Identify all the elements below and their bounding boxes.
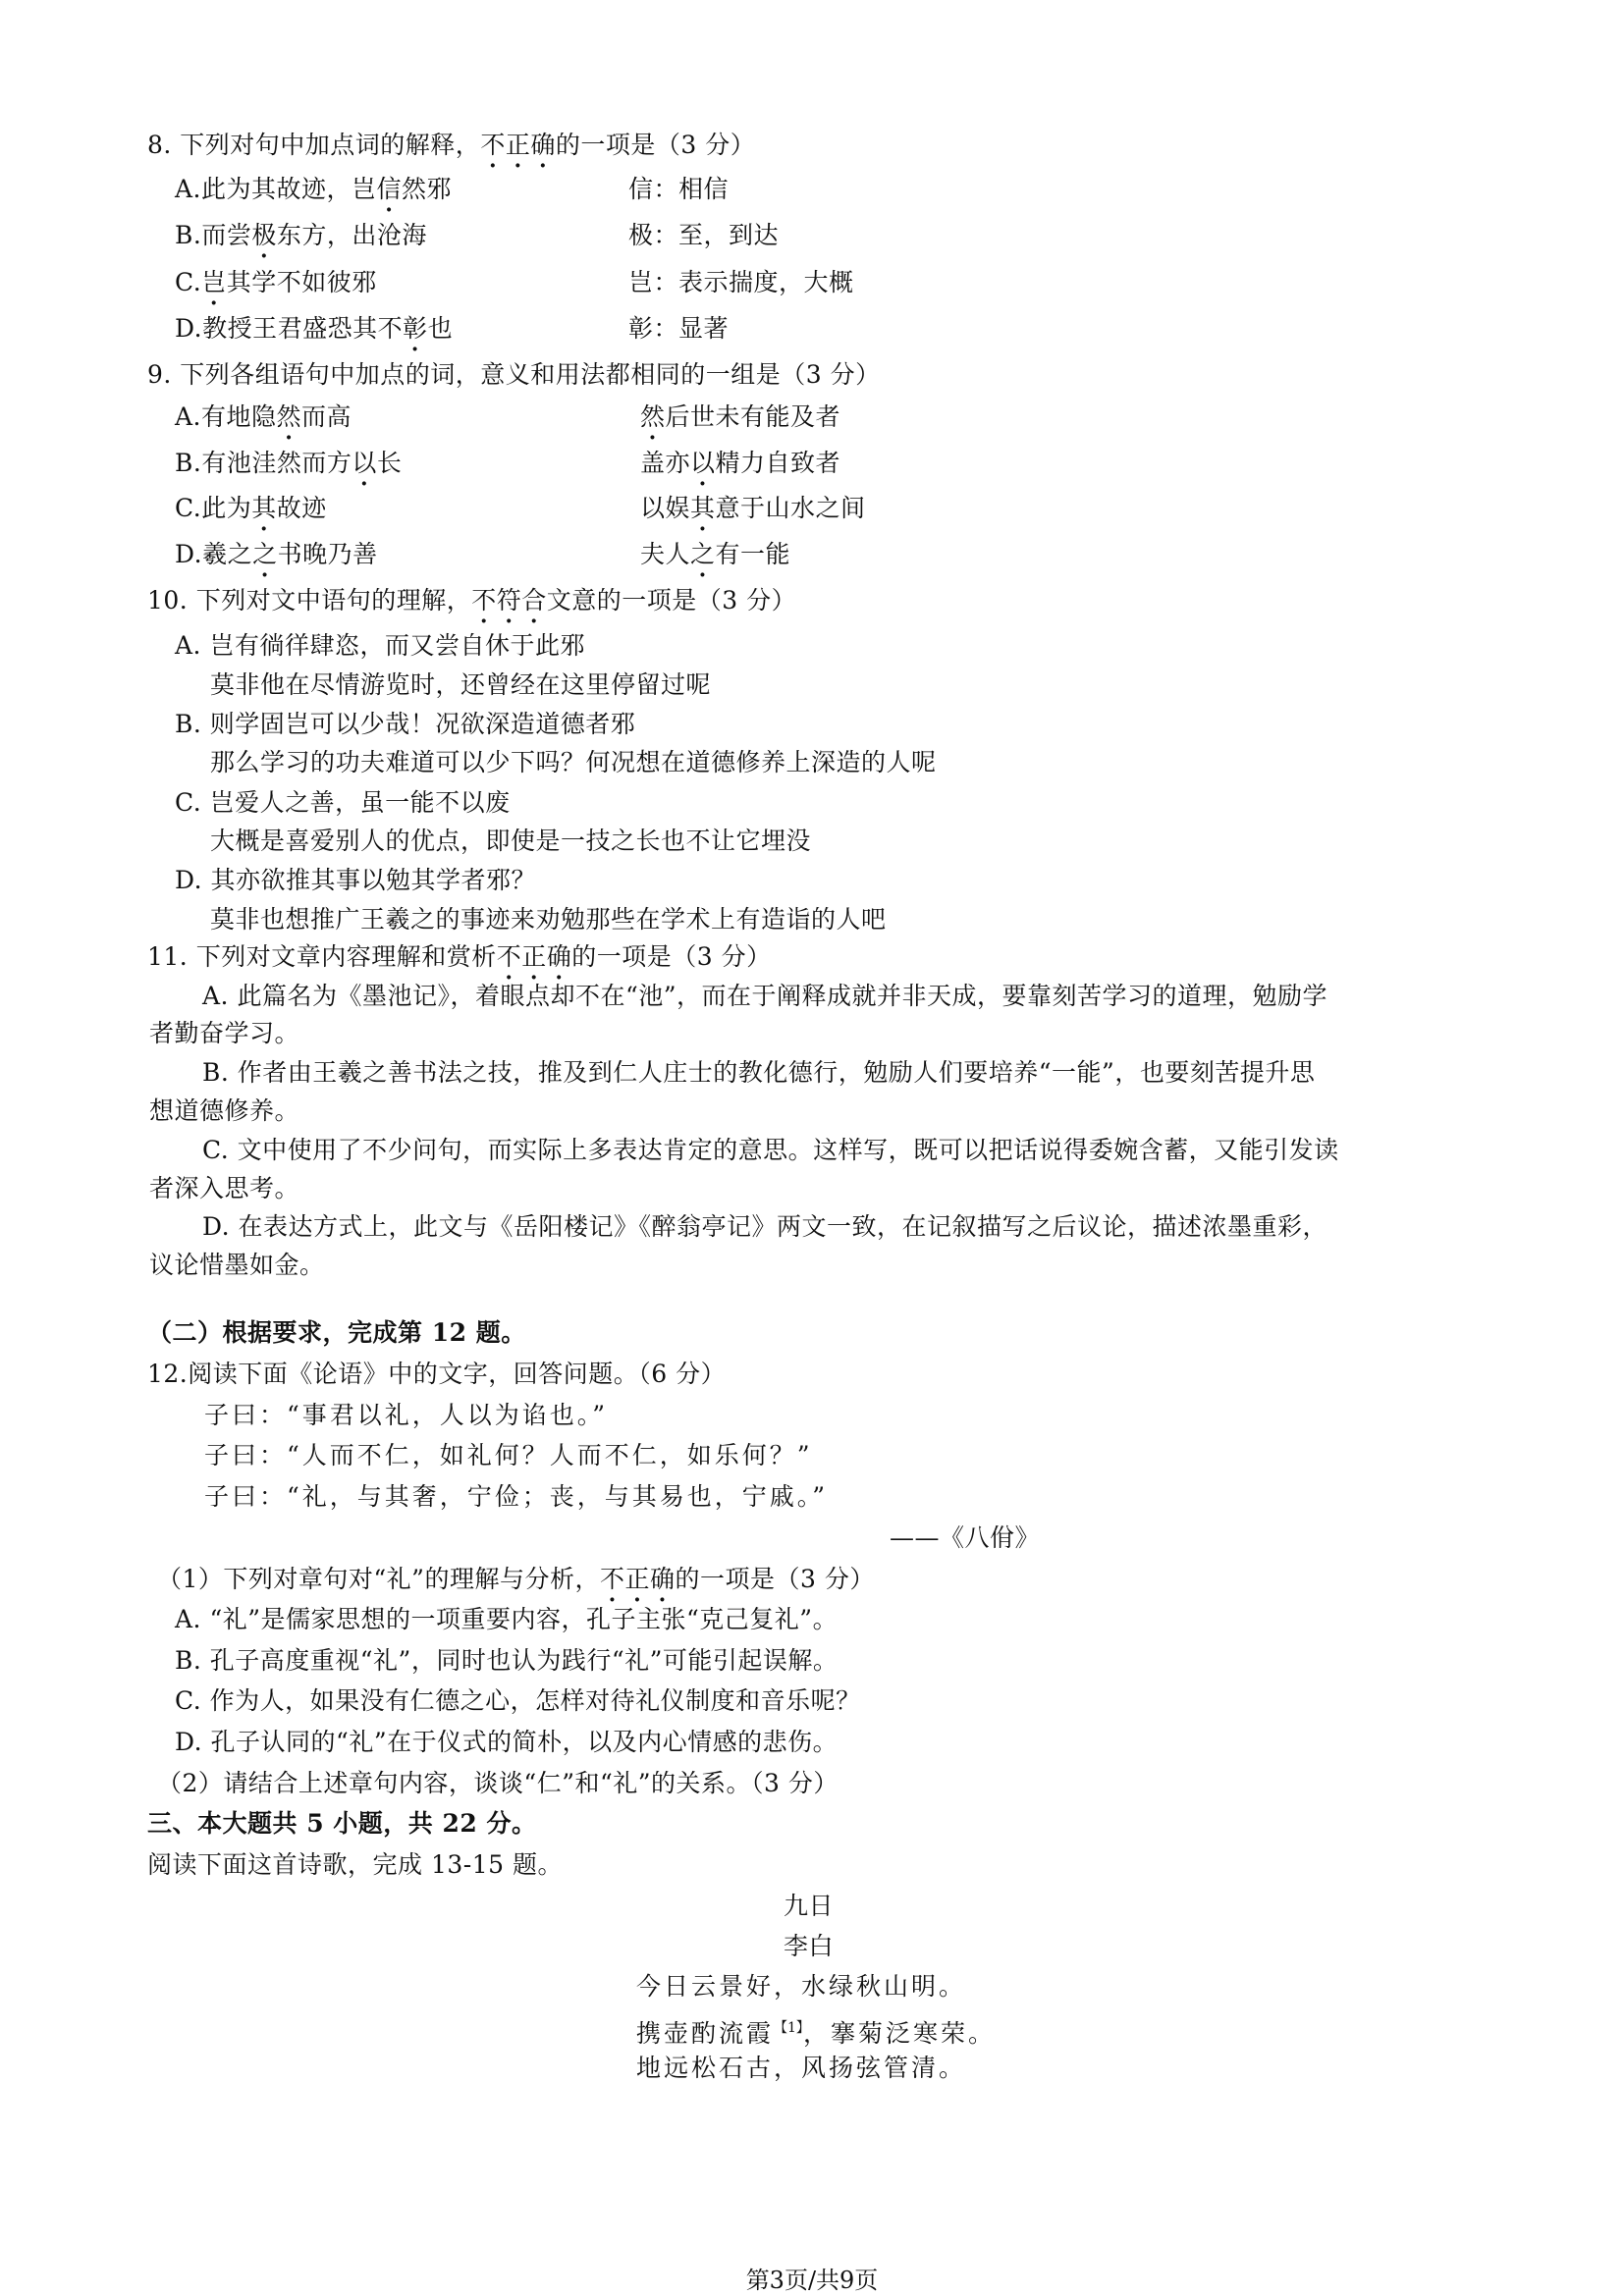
q11-option-b-line2: 想道德修养。 bbox=[149, 1096, 299, 1126]
q12-quote-1: 子曰：“事君以礼，人以为谄也。” bbox=[204, 1401, 608, 1430]
q8-gloss-a: 信：相信 bbox=[628, 175, 729, 204]
q12-sub1-option-d: D. 孔子认同的“礼”在于仪式的简朴，以及内心情感的悲伤。 bbox=[175, 1728, 838, 1757]
q12-sub1-stem: （1）下列对章句对“礼”的理解与分析，不正确的一项是（3 分） bbox=[157, 1565, 875, 1594]
q9-stem: 9. 下列各组语句中加点的词，意义和用法都相同的一组是（3 分） bbox=[147, 360, 881, 390]
dotted-word: 然 bbox=[640, 402, 666, 431]
emphasized-phrase: 不正确 bbox=[600, 1565, 676, 1593]
q9-option-c-left: C.此为其故迹 bbox=[175, 494, 327, 523]
q11-stem: 11. 下列对文章内容理解和赏析不正确的一项是（3 分） bbox=[147, 942, 772, 972]
dotted-word: 之 bbox=[252, 540, 278, 568]
dotted-char: 不 bbox=[480, 131, 506, 159]
dotted-word: 信 bbox=[377, 175, 403, 203]
dotted-char: 符 bbox=[497, 586, 522, 614]
q11-option-c-line2: 者深入思考。 bbox=[149, 1174, 299, 1203]
q10-stem: 10. 下列对文中语句的理解，不符合文意的一项是（3 分） bbox=[147, 586, 796, 615]
dotted-word: 彰 bbox=[403, 314, 428, 343]
dotted-char: 不 bbox=[471, 586, 497, 614]
q11-option-a-line1: A. 此篇名为《墨池记》，着眼点却不在“池”，而在于阐释成就并非天成，要靠刻苦学… bbox=[202, 982, 1327, 1011]
footnote-marker: 【1】 bbox=[774, 2020, 803, 2036]
q11-option-b-line1: B. 作者由王羲之善书法之技，推及到仁人庄士的教化德行，勉励人们要培养“一能”，… bbox=[202, 1058, 1315, 1088]
emphasized-phrase: 不符合 bbox=[471, 586, 547, 614]
dotted-char: 合 bbox=[521, 586, 547, 614]
q10-option-a-meaning: 莫非他在尽情游览时，还曾经在这里停留过呢 bbox=[210, 670, 711, 700]
poem-line-2: 携壶酌流霞【1】，搴菊泛寒荣。 bbox=[636, 2013, 996, 2049]
q10-option-a-sentence: A. 岂有徜徉肆恣，而又尝自休于此邪 bbox=[175, 631, 585, 661]
q9-option-d-left: D.羲之之书晚乃善 bbox=[175, 540, 378, 569]
q8-option-c: C.岂其学不如彼邪 bbox=[175, 268, 377, 297]
dotted-char: 正 bbox=[521, 942, 547, 971]
dotted-char: 不 bbox=[497, 942, 522, 971]
poem-line-3: 地远松石古，风扬弦管清。 bbox=[636, 2054, 966, 2083]
dotted-word: 其 bbox=[251, 494, 277, 522]
section-3-intro: 阅读下面这首诗歌，完成 13-15 题。 bbox=[147, 1850, 563, 1880]
q9-option-b-left: B.有池洼然而方以长 bbox=[175, 449, 402, 478]
q10-option-d-sentence: D. 其亦欲推其事以勉其学者邪？ bbox=[175, 866, 536, 895]
q8-gloss-d: 彰：显著 bbox=[628, 314, 729, 344]
page-number: 第3页/共9页 bbox=[0, 2261, 1624, 2295]
q8-gloss-b: 极：至，到达 bbox=[628, 221, 779, 250]
q12-quote-3: 子曰：“礼，与其奢，宁俭；丧，与其易也，宁戚。” bbox=[204, 1482, 828, 1512]
dotted-word: 岂 bbox=[201, 268, 227, 296]
q10-option-c-meaning: 大概是喜爱别人的优点，即使是一技之长也不让它埋没 bbox=[210, 827, 811, 856]
q9-option-c-right: 以娱其意于山水之间 bbox=[640, 494, 866, 523]
section-2-heading: （二）根据要求，完成第 12 题。 bbox=[147, 1318, 526, 1348]
emphasized-phrase: 不正确 bbox=[480, 131, 556, 159]
q8-gloss-c: 岂：表示揣度，大概 bbox=[628, 268, 854, 297]
q12-source: ——《八佾》 bbox=[890, 1523, 1040, 1553]
q9-option-a-left: A.有地隐然而高 bbox=[175, 402, 352, 432]
q11-option-d-line1: D. 在表达方式上，此文与《岳阳楼记》《醉翁亭记》两文一致，在记叙描写之后议论，… bbox=[202, 1212, 1327, 1242]
q12-sub2: （2）请结合上述章句内容，谈谈“仁”和“礼”的关系。（3 分） bbox=[157, 1769, 839, 1798]
dotted-char: 确 bbox=[547, 942, 572, 971]
q9-option-b-right: 盖亦以精力自致者 bbox=[640, 449, 840, 478]
q11-option-a-line2: 者勤奋学习。 bbox=[149, 1019, 299, 1048]
q12-sub1-option-b: B. 孔子高度重视“礼”，同时也认为践行“礼”可能引起误解。 bbox=[175, 1646, 838, 1676]
q12-sub1-option-c: C. 作为人，如果没有仁德之心，怎样对待礼仪制度和音乐呢？ bbox=[175, 1686, 861, 1716]
poem-line-1: 今日云景好，水绿秋山明。 bbox=[636, 1972, 966, 2002]
dotted-char: 正 bbox=[506, 131, 531, 159]
q12-quote-2: 子曰：“人而不仁，如礼何？人而不仁，如乐何？” bbox=[204, 1441, 813, 1470]
dotted-word: 以 bbox=[690, 449, 716, 477]
q11-option-d-line2: 议论惜墨如金。 bbox=[149, 1251, 325, 1280]
q8-option-b: B.而尝极东方，出沧海 bbox=[175, 221, 427, 250]
q8-option-a: A.此为其故迹，岂信然邪 bbox=[175, 175, 452, 204]
dotted-char: 确 bbox=[530, 131, 556, 159]
dotted-char: 正 bbox=[624, 1565, 650, 1593]
dotted-char: 确 bbox=[650, 1565, 676, 1593]
dotted-word: 其 bbox=[690, 494, 716, 522]
q10-option-d-meaning: 莫非也想推广王羲之的事迹来劝勉那些在学术上有造诣的人吧 bbox=[210, 905, 887, 934]
dotted-char: 不 bbox=[600, 1565, 625, 1593]
q10-option-b-meaning: 那么学习的功夫难道可以少下吗？何况想在道德修养上深造的人呢 bbox=[210, 748, 937, 777]
section-3-heading: 三、本大题共 5 小题，共 22 分。 bbox=[147, 1809, 537, 1839]
dotted-word: 以 bbox=[352, 449, 377, 477]
poem-title: 九日 bbox=[784, 1892, 834, 1921]
dotted-word: 极 bbox=[251, 221, 277, 249]
q9-option-a-right: 然后世未有能及者 bbox=[640, 402, 840, 432]
q10-option-c-sentence: C. 岂爱人之善，虽一能不以废 bbox=[175, 788, 511, 818]
dotted-word: 之 bbox=[690, 540, 716, 568]
q10-option-b-sentence: B. 则学固岂可以少哉！况欲深造道德者邪 bbox=[175, 710, 635, 739]
emphasized-phrase: 不正确 bbox=[497, 942, 572, 971]
q8-option-d: D.教授王君盛恐其不彰也 bbox=[175, 314, 453, 344]
dotted-word: 然 bbox=[277, 402, 302, 431]
q9-option-d-right: 夫人之有一能 bbox=[640, 540, 790, 569]
poem-author: 李白 bbox=[784, 1932, 834, 1961]
q8-stem: 8. 下列对句中加点词的解释，不正确的一项是（3 分） bbox=[147, 131, 755, 160]
q12-stem: 12.阅读下面《论语》中的文字，回答问题。（6 分） bbox=[147, 1360, 726, 1389]
q12-sub1-option-a: A. “礼”是儒家思想的一项重要内容，孔子主张“克己复礼”。 bbox=[175, 1605, 838, 1634]
q11-option-c-line1: C. 文中使用了不少问句，而实际上多表达肯定的意思。这样写，既可以把话说得委婉含… bbox=[202, 1136, 1339, 1165]
